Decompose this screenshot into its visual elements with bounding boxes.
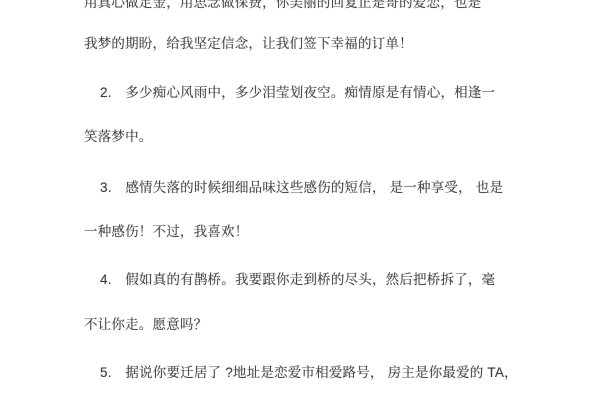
item4-line1: 4. 假如真的有鹊桥。我要跟你走到桥的尽头，然后把桥拆了，毫	[100, 271, 495, 288]
item4-line2: 不让你走。愿意吗？	[84, 316, 207, 333]
item5-line1: 5. 据说你要迁居了 ?地址是恋爱市相爱路号， 房主是你最爱的 TA，	[100, 364, 518, 381]
document-text: 用真心做定金，用思念做保费，你美丽的回复正是哥的爱恋，也是我梦的期盼，给我坚定信…	[0, 0, 600, 400]
clipped-top-line: 用真心做定金，用思念做保费，你美丽的回复正是哥的爱恋，也是	[84, 0, 481, 11]
document-page: 用真心做定金，用思念做保费，你美丽的回复正是哥的爱恋，也是我梦的期盼，给我坚定信…	[0, 0, 600, 400]
item2-line2: 笑落梦中。	[84, 128, 153, 145]
item3-line1: 3. 感情失落的时候细细品味这些感伤的短信， 是一种享受， 也是	[100, 179, 503, 196]
item3-line2: 一种感伤！不过，我喜欢！	[84, 223, 248, 240]
item2-line1: 2. 多少痴心风雨中，多少泪莹划夜空。痴情原是有情心，相逢一	[100, 84, 495, 101]
item1-continuation-line: 我梦的期盼，给我坚定信念，让我们签下幸福的订单！	[84, 35, 413, 52]
